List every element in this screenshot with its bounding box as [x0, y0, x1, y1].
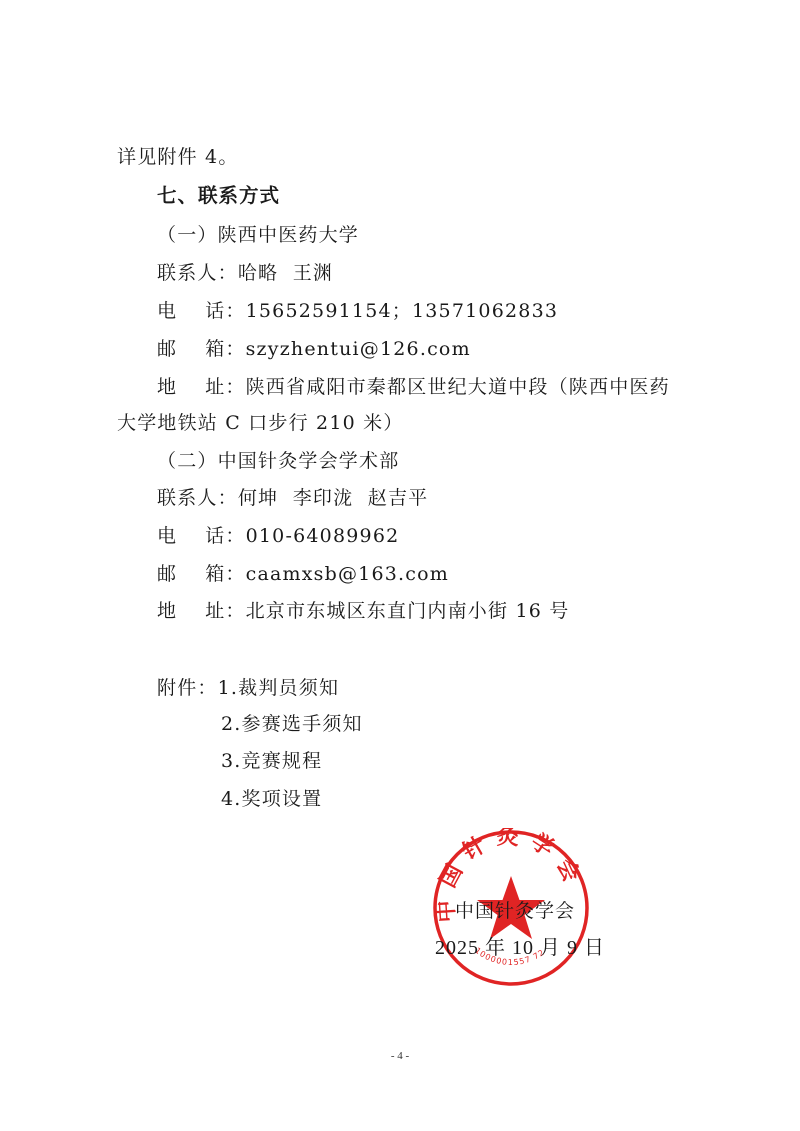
contact-1-phone-row: 电话：15652591154；13571062833	[157, 299, 558, 323]
attachments-row-1: 附件：1.裁判员须知	[157, 676, 339, 700]
contact-1-org-title: （一）陕西中医药大学	[157, 223, 359, 247]
attachment-item: 2.参赛选手须知	[221, 712, 363, 736]
contact-1-persons-row: 联系人：哈略 王渊	[157, 261, 333, 285]
contact-2-org-title: （二）中国针灸学会学术部	[157, 449, 399, 473]
attachment-item: 4.奖项设置	[221, 787, 322, 811]
address-label-a: 地	[157, 600, 177, 622]
email-link[interactable]: szyzhentui@126.com	[246, 338, 471, 360]
contact-2-email-row: 邮箱：caamxsb@163.com	[157, 562, 449, 586]
phone-label-a: 电	[157, 300, 177, 322]
contact-2-persons-row: 联系人：何坤 李印泷 赵吉平	[157, 486, 428, 510]
address-label-a: 地	[157, 376, 177, 398]
attachment-item: 1.裁判员须知	[218, 677, 340, 699]
contact-2-phone-row: 电话：010-64089962	[157, 524, 399, 548]
phone-label-b: 话：	[205, 525, 245, 547]
email-link[interactable]: caamxsb@163.com	[246, 563, 449, 585]
persons-label: 联系人：	[157, 487, 238, 509]
persons-label: 联系人：	[157, 262, 238, 284]
intro-line: 详见附件 4。	[117, 145, 239, 169]
phone-label-b: 话：	[205, 300, 245, 322]
address-value-line1: 北京市东城区东直门内南小街 16 号	[246, 600, 570, 622]
attachment-item: 3.竞赛规程	[221, 749, 322, 773]
persons-value: 何坤 李印泷 赵吉平	[238, 487, 429, 509]
persons-value: 哈略 王渊	[238, 262, 333, 284]
email-label-a: 邮	[157, 338, 177, 360]
page-number: - 4 -	[0, 1050, 800, 1062]
phone-value: 010-64089962	[246, 525, 400, 547]
attachments-label: 附件：	[157, 677, 218, 699]
email-label-b: 箱：	[205, 338, 245, 360]
contact-1-address-line2: 大学地铁站 C 口步行 210 米）	[117, 411, 404, 435]
email-label-b: 箱：	[205, 563, 245, 585]
address-label-b: 址：	[205, 600, 245, 622]
phone-label-a: 电	[157, 525, 177, 547]
phone-value: 15652591154；13571062833	[246, 300, 559, 322]
contact-1-address-row: 地址：陕西省咸阳市秦都区世纪大道中段（陕西中医药	[157, 375, 670, 399]
signature-organization: 中国针灸学会	[455, 899, 575, 923]
signature-date: 2025 年 10 月 9 日	[435, 936, 605, 960]
email-label-a: 邮	[157, 563, 177, 585]
address-value-line1: 陕西省咸阳市秦都区世纪大道中段（陕西中医药	[246, 376, 670, 398]
contact-1-email-row: 邮箱：szyzhentui@126.com	[157, 337, 471, 361]
address-label-b: 址：	[205, 376, 245, 398]
section-heading: 七、联系方式	[157, 184, 280, 208]
contact-2-address-row: 地址：北京市东城区东直门内南小街 16 号	[157, 599, 569, 623]
